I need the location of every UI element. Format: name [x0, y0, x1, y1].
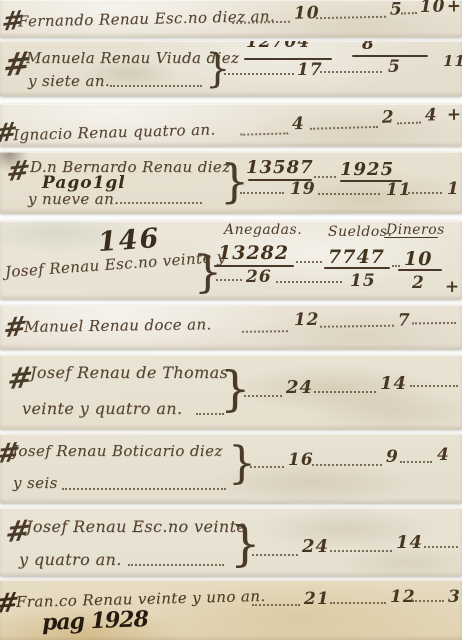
fraction-denominator: 11 — [386, 180, 412, 200]
strip-content: # Josef Renau Boticario diez y seis } 16… — [0, 434, 462, 503]
entry-name: Ignacio Renau quatro an. — [13, 120, 216, 144]
strip-content: # Josef Renau Esc.no veinte y quatro an.… — [0, 508, 462, 576]
manuscript-strip: # Manuel Renau doce an. 12 7 — [0, 305, 462, 349]
entry-value: 7 — [398, 310, 411, 330]
entry-value: 12 — [294, 310, 320, 330]
manuscript-collage: # Fernando Renau Esc.no diez an. 10 5 10… — [0, 0, 462, 640]
fraction-line — [398, 269, 442, 271]
strip-content: # Manuela Renau Viuda diez y siete an. }… — [0, 41, 462, 96]
entry-value: 3 — [448, 587, 461, 607]
dotted-leader — [401, 12, 417, 14]
dotted-leader — [276, 281, 342, 283]
dotted-leader — [242, 330, 288, 333]
dotted-leader — [252, 554, 298, 556]
entry-value: 24 — [302, 536, 329, 557]
fraction-numerator: 13282 — [218, 242, 289, 264]
strip-content: 146 Anegadas. Sueldos. Dineros Josef Ren… — [0, 221, 462, 299]
manuscript-strip: # Fran.co Renau veinte y uno an. pag 192… — [0, 580, 462, 640]
column-header-sueldos: Sueldos. — [328, 224, 392, 240]
manuscript-strip: # Josef Renau Esc.no veinte y quatro an.… — [0, 508, 462, 576]
entry-name: Manuel Renau doce an. — [24, 315, 212, 336]
entry-value: 24 — [286, 377, 313, 398]
entry-name-line2: y nueve an. — [28, 190, 119, 208]
fraction-denominator: 15 — [350, 271, 376, 291]
dotted-leader — [330, 550, 392, 552]
fraction-numerator: 7747 — [328, 246, 385, 268]
entry-name: Josef Renau Esc.no veinte — [26, 517, 246, 536]
plus-mark: + — [447, 105, 462, 125]
curly-brace: } — [205, 49, 230, 89]
dotted-leader — [400, 461, 432, 463]
curly-brace: } — [228, 442, 256, 486]
entry-name-line2: y seis — [13, 474, 58, 492]
entry-value: 16 — [288, 450, 314, 470]
dotted-leader — [244, 395, 282, 397]
strip-content: # D.n Bernardo Renau diez Pago1gl y nuev… — [0, 152, 462, 213]
entry-value: 4 — [292, 114, 305, 134]
strip-content: # Fernando Renau Esc.no diez an. 10 5 10… — [0, 0, 462, 37]
dotted-leader — [252, 604, 300, 606]
dotted-leader — [240, 132, 288, 135]
dotted-leader — [314, 176, 336, 178]
entry-value: 14 — [396, 532, 423, 553]
manuscript-strip: # Josef Renau Boticario diez y seis } 16… — [0, 434, 462, 503]
dotted-leader — [314, 391, 376, 393]
dotted-leader — [412, 600, 444, 602]
entry-value: 10 — [420, 0, 446, 17]
entry-value: 11 — [443, 52, 462, 70]
entry-value: 9 — [386, 447, 399, 467]
dotted-leader — [312, 464, 382, 466]
entry-value: 4 — [425, 105, 438, 125]
entry-name: Josef Renau Boticario diez — [12, 442, 223, 460]
manuscript-strip: # D.n Bernardo Renau diez Pago1gl y nuev… — [0, 152, 462, 213]
manuscript-strip: # Josef Renau de Thomas veinte y quatro … — [0, 355, 462, 429]
manuscript-strip: 146 Anegadas. Sueldos. Dineros Josef Ren… — [0, 221, 462, 299]
fraction-denominator: 2 — [412, 273, 425, 293]
entry-value: 5 — [390, 0, 403, 20]
dotted-leader — [412, 322, 456, 325]
dotted-leader — [316, 16, 386, 19]
dotted-leader — [320, 325, 394, 328]
curly-brace: } — [220, 365, 251, 413]
fraction-denominator: 17 — [297, 60, 323, 80]
strip-content: # Fran.co Renau veinte y uno an. pag 192… — [0, 580, 462, 640]
fraction-numerator: 10 — [404, 248, 432, 270]
strip-content: # Ignacio Renau quatro an. 4 2 4 + — [0, 104, 462, 146]
manuscript-strip: # Manuela Renau Viuda diez y siete an. }… — [0, 41, 462, 96]
dotted-leader — [240, 192, 284, 194]
entry-name-line2: y siete an. — [28, 72, 110, 90]
entry-value: 10 — [294, 3, 320, 24]
entry-value: 14 — [380, 373, 407, 394]
page-stamp: pag 1928 — [42, 606, 149, 636]
dotted-leader — [62, 488, 226, 490]
strip-content: # Manuel Renau doce an. 12 7 — [0, 305, 462, 349]
dotted-leader — [318, 193, 380, 195]
strip-content: # Josef Renau de Thomas veinte y quatro … — [0, 355, 462, 429]
dotted-leader — [120, 202, 202, 204]
fraction-numerator: 8 — [362, 41, 375, 54]
header-underline — [384, 237, 438, 238]
fraction-numerator: 12704 — [246, 41, 310, 52]
entry-name-line2: veinte y quatro an. — [22, 399, 182, 418]
column-header-anegadas: Anegadas. — [224, 222, 302, 238]
column-header-dineros: Dineros — [386, 222, 445, 238]
entry-name-line2: y quatro an. — [19, 550, 122, 569]
dotted-leader — [408, 192, 442, 194]
fraction-numerator: 13587 — [246, 157, 314, 178]
dotted-leader — [410, 385, 458, 387]
hash-marker: # — [5, 155, 33, 188]
dotted-leader — [110, 85, 202, 87]
curly-brace: } — [230, 520, 261, 568]
entry-name: Fernando Renau Esc.no diez an. — [18, 7, 275, 30]
entry-value: 21 — [304, 589, 330, 609]
fraction-numerator: 1925 — [340, 159, 394, 180]
dotted-leader — [424, 546, 458, 548]
manuscript-strip: # Ignacio Renau quatro an. 4 2 4 + — [0, 104, 462, 146]
plus-mark: + — [445, 277, 460, 297]
dotted-leader — [128, 564, 224, 566]
curly-brace: } — [220, 158, 249, 204]
dotted-leader — [397, 122, 421, 125]
dotted-leader — [296, 261, 322, 263]
dotted-leader — [320, 71, 382, 73]
dotted-leader — [392, 265, 400, 267]
dotted-leader — [310, 126, 378, 130]
dotted-leader — [250, 466, 284, 468]
entry-value: 2 — [382, 107, 395, 127]
entry-value: 4 — [437, 445, 450, 465]
fraction-denominator: 19 — [290, 179, 316, 199]
dotted-leader — [216, 279, 242, 281]
plus-mark: + — [447, 0, 462, 16]
fraction-line — [324, 267, 390, 269]
dotted-leader — [224, 73, 294, 75]
entry-name: Josef Renau de Thomas — [30, 363, 228, 382]
dotted-leader — [330, 602, 386, 604]
manuscript-strip: # Fernando Renau Esc.no diez an. 10 5 10… — [0, 0, 462, 37]
fraction-denominator: 26 — [246, 267, 272, 287]
fraction-denominator: 5 — [388, 57, 401, 77]
entry-value: 1 — [447, 179, 460, 199]
entry-value: 12 — [390, 587, 416, 607]
